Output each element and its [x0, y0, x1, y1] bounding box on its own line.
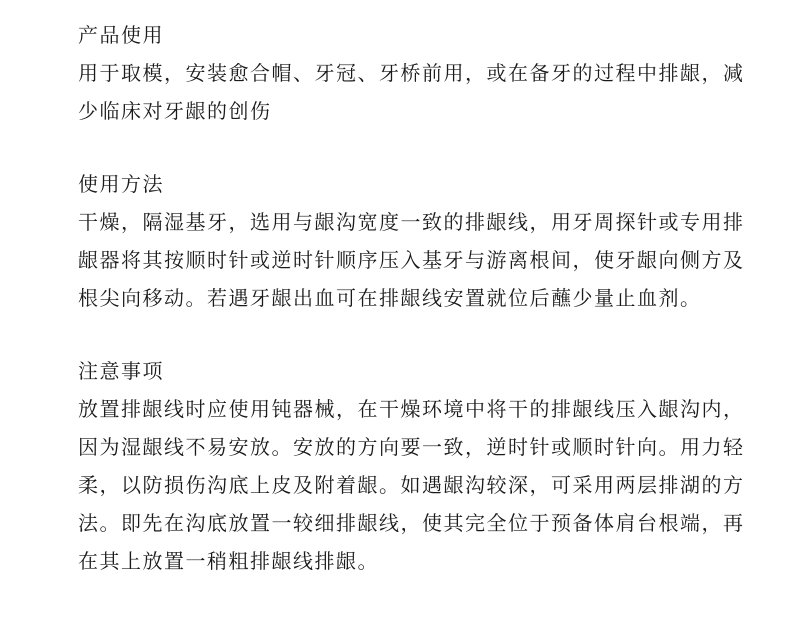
section-product-use: 产品使用 用于取模，安装愈合帽、牙冠、牙桥前用，或在备牙的过程中排龈，减 少临床… — [78, 17, 745, 131]
section-body-precautions: 放置排龈线时应使用钝器械，在干燥环境中将干的排龈线压入龈沟内， 因为湿龈线不易安… — [78, 391, 745, 581]
section-heading-usage-method: 使用方法 — [78, 166, 745, 204]
section-heading-precautions: 注意事项 — [78, 353, 745, 391]
section-body-usage-method: 干燥，隔湿基牙，选用与龈沟宽度一致的排龈线，用牙周探针或专用排 龈器将其按顺时针… — [78, 204, 745, 318]
section-heading-product-use: 产品使用 — [78, 17, 745, 55]
section-usage-method: 使用方法 干燥，隔湿基牙，选用与龈沟宽度一致的排龈线，用牙周探针或专用排 龈器将… — [78, 166, 745, 318]
product-instructions-document: 产品使用 用于取模，安装愈合帽、牙冠、牙桥前用，或在备牙的过程中排龈，减 少临床… — [0, 0, 803, 581]
section-precautions: 注意事项 放置排龈线时应使用钝器械，在干燥环境中将干的排龈线压入龈沟内， 因为湿… — [78, 353, 745, 581]
section-body-product-use: 用于取模，安装愈合帽、牙冠、牙桥前用，或在备牙的过程中排龈，减 少临床对牙龈的创… — [78, 55, 745, 131]
